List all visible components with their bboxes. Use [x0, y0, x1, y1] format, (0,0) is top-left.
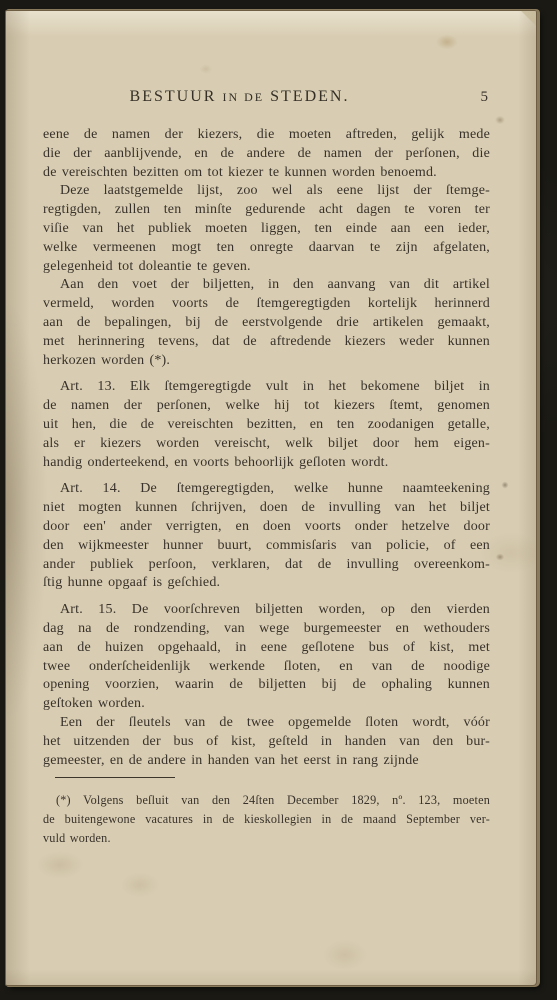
para-laatstgemelde-lijst: Deze laatstgemelde lijst, zoo wel als ee… — [43, 182, 490, 276]
scanned-book-photo: { "colors": { "background": "#1a1914", "… — [0, 0, 557, 1000]
article-14: Art. 14. De ſtemgeregtigden, welke hunne… — [43, 480, 490, 593]
text-line: herkozen worden (*). — [43, 352, 490, 371]
text-line: Een der ſleutels van de twee opgemelde ſ… — [43, 714, 490, 733]
text-line: als er kiezers worden vereischt, welk bi… — [43, 435, 490, 454]
text-line: de namen der perſonen, welke hij tot kie… — [43, 397, 490, 416]
text-line: de vereischten bezitten om tot kiezer te… — [43, 164, 490, 183]
text-line: het uitzenden der bus of kist, geſteld i… — [43, 733, 490, 752]
text-line: aan de bepalingen, bij de eerstvolgende … — [43, 314, 490, 333]
text-line: Art. 15. De voorſchreven biljetten worde… — [43, 601, 490, 620]
footnote-text: (*) Volgens beſluit van den 24ſten Decem… — [43, 791, 490, 848]
text-line: vermeld, worden voorts de ſtemgeregtigde… — [43, 295, 490, 314]
text-line: den wijkmeester hunner buurt, commisſari… — [43, 537, 490, 556]
text-line: regtigden, zullen ten minſte gedurende a… — [43, 201, 490, 220]
text-line: uit hen, die de vereischten bezitten, en… — [43, 416, 490, 435]
text-line: vuld worden. — [43, 829, 490, 848]
body-text: eene de namen der kiezers, die moeten af… — [43, 126, 490, 770]
text-line: Aan den voet der biljetten, in den aanva… — [43, 276, 490, 295]
text-line: met herinnering tevens, dat de aftredend… — [43, 333, 490, 352]
text-line: dag na de rondzending, van wege burgemee… — [43, 620, 490, 639]
text-line: ſtig hunne opgaaf is geſchied. — [43, 574, 490, 593]
text-line: viſie van het publiek moeten liggen, ten… — [43, 220, 490, 239]
text-line: gemeester, en de andere in handen van he… — [43, 752, 490, 771]
running-title-part-small: IN DE — [222, 90, 264, 104]
text-line: Deze laatstgemelde lijst, zoo wel als ee… — [43, 182, 490, 201]
text-line: handig onderteekend, en voorts behoorlij… — [43, 454, 490, 473]
text-line: welke vermeenen mogt ten onregte daarvan… — [43, 239, 490, 258]
article-13: Art. 13. Elk ſtemgeregtigde vult in het … — [43, 378, 490, 472]
text-line: eene de namen der kiezers, die moeten af… — [43, 126, 490, 145]
text-line: twee onderſcheidenlijk werkende ſloten, … — [43, 658, 490, 677]
para-voet-der-biljetten: Aan den voet der biljetten, in den aanva… — [43, 276, 490, 370]
text-line: aan de huizen opgehaald, in eene geſlote… — [43, 639, 490, 658]
text-line: Art. 14. De ſtemgeregtigden, welke hunne… — [43, 480, 490, 499]
footnote-separator — [55, 777, 175, 778]
text-line: die der aanblijvende, en de andere de na… — [43, 145, 490, 164]
text-line: door een' ander verrigten, en doen voort… — [43, 518, 490, 537]
text-line: (*) Volgens beſluit van den 24ſten Decem… — [43, 791, 490, 810]
text-line: gelegenheid tot doleantie te geven. — [43, 258, 490, 277]
para-sleutels: Een der ſleutels van de twee opgemelde ſ… — [43, 714, 490, 770]
page-number: 5 — [481, 89, 489, 106]
text-line: Art. 13. Elk ſtemgeregtigde vult in het … — [43, 378, 490, 397]
text-line: ander publiek perſoon, verklaren, dat de… — [43, 556, 490, 575]
page-content: BESTUUR IN DE STEDEN. 5 eene de namen de… — [43, 11, 490, 848]
page-header: BESTUUR IN DE STEDEN. 5 — [43, 88, 490, 108]
running-title-part: BESTUUR — [130, 88, 217, 105]
running-title: BESTUUR IN DE STEDEN. — [16, 88, 463, 106]
para-continuation: eene de namen der kiezers, die moeten af… — [43, 126, 490, 182]
text-line: geſtoken worden. — [43, 695, 490, 714]
article-15: Art. 15. De voorſchreven biljetten worde… — [43, 601, 490, 714]
running-title-part: STEDEN. — [270, 88, 349, 105]
text-line: de buitengewone vacatures in de kieskoll… — [43, 810, 490, 829]
page-corner-fold — [502, 11, 536, 45]
text-line: niet mogten kunnen ſchrijven, doen de in… — [43, 499, 490, 518]
book-page: BESTUUR IN DE STEDEN. 5 eene de namen de… — [6, 11, 536, 985]
text-line: opening voorzien, waarin de biljetten bi… — [43, 676, 490, 695]
